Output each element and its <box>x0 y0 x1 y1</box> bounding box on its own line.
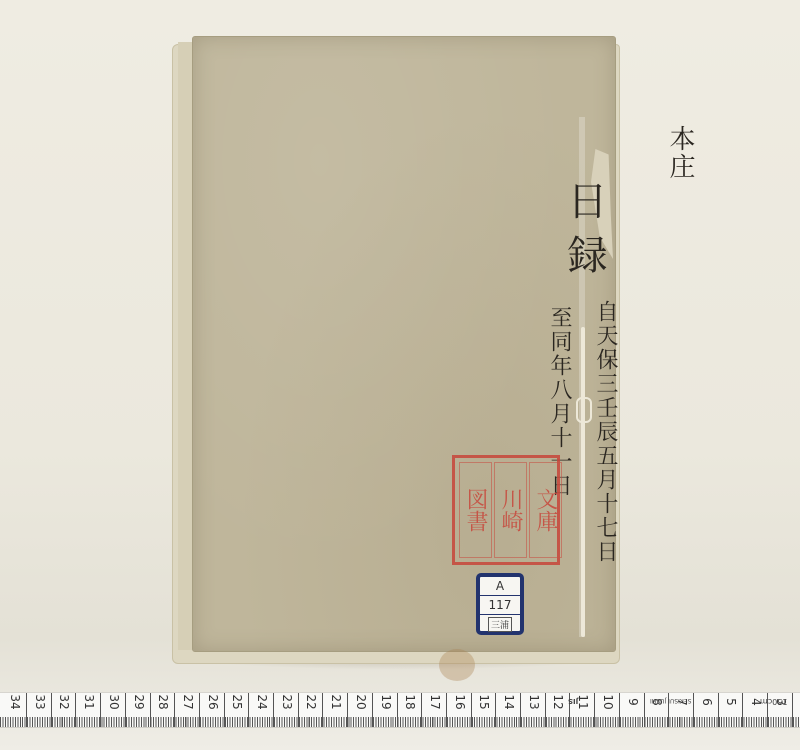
ruler-major-tick <box>125 693 126 727</box>
ruler-number: 15 <box>477 694 491 710</box>
ruler-major-tick <box>26 693 27 727</box>
manuscript-book: 本庄 日録 自天保三壬辰五月十七日 至同年八月十一日 図書 川崎 文庫 A 11… <box>172 30 624 662</box>
ruler-major-tick <box>273 693 274 727</box>
ruler-major-tick <box>644 693 645 727</box>
ruler-major-tick <box>397 693 398 727</box>
ruler-major-tick <box>471 693 472 727</box>
ruler-number: 5 <box>724 694 738 710</box>
ruler-number: 23 <box>280 694 294 710</box>
measuring-ruler: 3433323130292827262524232221201918171615… <box>0 692 800 728</box>
ruler-number: 9 <box>626 694 640 710</box>
ruler-number: 18 <box>403 694 417 710</box>
ruler-jis-mark: JIS <box>568 697 578 705</box>
ruler-number: 21 <box>329 694 343 710</box>
ruler-major-tick <box>421 693 422 727</box>
ruler-number: 6 <box>700 694 714 710</box>
label-row-collection: 三浦 <box>480 615 520 633</box>
binding-knot <box>576 397 592 423</box>
ruler-major-tick <box>446 693 447 727</box>
ruler-major-tick <box>520 693 521 727</box>
ruler-number: 28 <box>156 694 170 710</box>
date-from-inscription: 自天保三壬辰五月十七日 <box>594 300 616 564</box>
photo-scene: 本庄 日録 自天保三壬辰五月十七日 至同年八月十一日 図書 川崎 文庫 A 11… <box>0 0 800 750</box>
red-library-seal: 図書 川崎 文庫 <box>452 455 560 565</box>
ruler-number: 13 <box>527 694 541 710</box>
ruler-major-tick <box>693 693 694 727</box>
ruler-number: 14 <box>502 694 516 710</box>
ruler-major-tick <box>792 693 793 727</box>
ruler-ticks <box>0 717 800 727</box>
ruler-major-tick <box>150 693 151 727</box>
owner-inscription: 本庄 <box>667 125 693 181</box>
ruler-number: 19 <box>379 694 393 710</box>
ruler-major-tick <box>322 693 323 727</box>
ruler-number: 31 <box>82 694 96 710</box>
ruler-length: 150cm <box>760 697 787 706</box>
ruler-number: 34 <box>8 694 22 710</box>
ruler-major-tick <box>75 693 76 727</box>
ruler-major-tick <box>298 693 299 727</box>
ruler-number: 10 <box>601 694 615 710</box>
seal-column: 川崎 <box>494 462 527 558</box>
ruler-major-tick <box>594 693 595 727</box>
library-call-number-label: A 117 三浦 <box>476 573 524 635</box>
ruler-number: 22 <box>304 694 318 710</box>
ruler-number: 16 <box>453 694 467 710</box>
ruler-number: 12 <box>551 694 565 710</box>
ruler-major-tick <box>100 693 101 727</box>
ruler-major-tick <box>224 693 225 727</box>
ruler-number: 29 <box>132 694 146 710</box>
ruler-major-tick <box>372 693 373 727</box>
seal-column: 図書 <box>459 462 492 558</box>
seal-column: 文庫 <box>529 462 562 558</box>
ruler-number: 33 <box>33 694 47 710</box>
ruler-major-tick <box>174 693 175 727</box>
ruler-major-tick <box>742 693 743 727</box>
water-stain <box>439 649 475 681</box>
ruler-major-tick <box>51 693 52 727</box>
ruler-number: 32 <box>57 694 71 710</box>
ruler-number: 26 <box>206 694 220 710</box>
book-title: 日録 <box>564 180 604 288</box>
ruler-major-tick <box>495 693 496 727</box>
ruler-number: 24 <box>255 694 269 710</box>
ruler-major-tick <box>347 693 348 727</box>
ruler-number: 30 <box>107 694 121 710</box>
ruler-major-tick <box>619 693 620 727</box>
ruler-major-tick <box>545 693 546 727</box>
ruler-major-tick <box>248 693 249 727</box>
binding-thread <box>581 327 585 637</box>
label-row-number: 117 <box>480 596 520 615</box>
ruler-number: 20 <box>354 694 368 710</box>
ruler-major-tick <box>199 693 200 727</box>
ruler-number: 17 <box>428 694 442 710</box>
ruler-number: 27 <box>181 694 195 710</box>
label-row-class: A <box>480 577 520 596</box>
ruler-major-tick <box>718 693 719 727</box>
ruler-brand: SEKISUI JUSHI <box>650 697 691 704</box>
ruler-number: 25 <box>230 694 244 710</box>
